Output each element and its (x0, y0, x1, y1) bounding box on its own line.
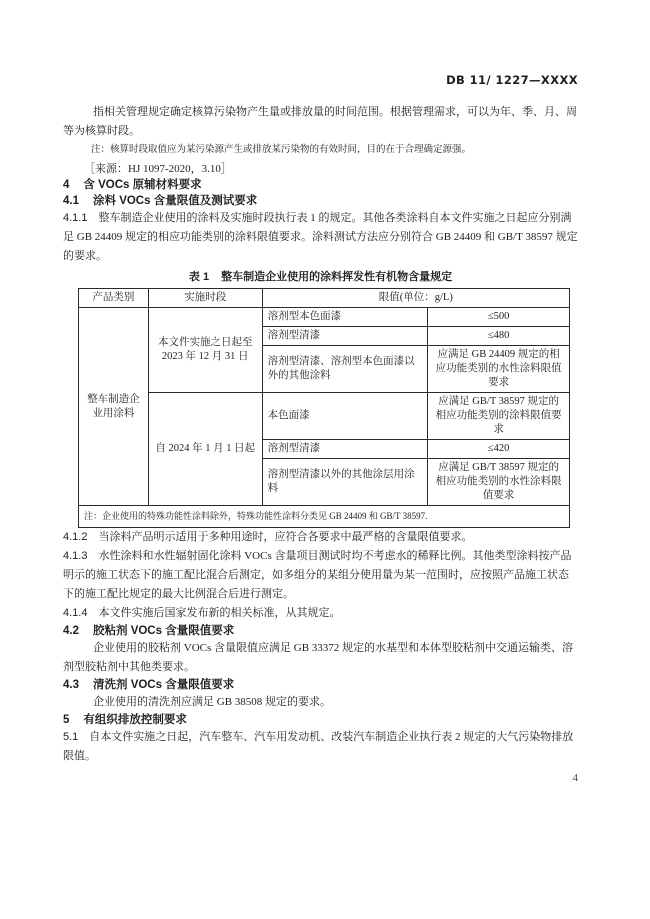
note-accounting-period: 注：核算时段取值应为某污染源产生或排放某污染物的有效时间，目的在于合理确定源强。 (91, 143, 578, 157)
heading-section-5: 5有组织排放控制要求 (63, 712, 578, 728)
table1-type-cell: 溶剂型清漆 (262, 327, 428, 346)
section-5-title: 有组织排放控制要求 (83, 714, 187, 726)
table1-limit-cell: ≤500 (428, 308, 570, 327)
table1-period-2-cell: 自 2024 年 1 月 1 日起 (148, 393, 262, 506)
table1-limit-cell: 应满足 GB 24409 规定的相应功能类别的水性涂料限值要求 (428, 346, 570, 393)
paragraph-cleaning-agent: 企业使用的清洗剂应满足 GB 38508 规定的要求。 (63, 693, 578, 712)
section-4-2-title: 胶粘剂 VOCs 含量限值要求 (93, 625, 234, 637)
clause-4-1-3-text: 水性涂料和水性辐射固化涂料 VOCs 含量项目测试时均不考虑水的稀释比例。其他类… (63, 550, 571, 600)
page-number: 4 (63, 771, 578, 785)
table1-caption: 表 1整车制造企业使用的涂料挥发性有机物含量规定 (63, 269, 578, 285)
table1-limit-cell: 应满足 GB/T 38597 规定的相应功能类别的水性涂料限值要求 (428, 459, 570, 506)
table1-header-row: 产品类别 实施时段 限值(单位：g/L) (79, 289, 570, 308)
table1-product-category-cell: 整车制造企业用涂料 (79, 308, 149, 506)
table1-header-period: 实施时段 (148, 289, 262, 308)
section-4-title: 含 VOCs 原辅材料要求 (83, 179, 201, 191)
clause-4-1-2-text: 当涂料产品明示适用于多种用途时，应符合各要求中最严格的含量限值要求。 (98, 531, 472, 543)
table1-caption-title: 整车制造企业使用的涂料挥发性有机物含量规定 (221, 271, 452, 283)
clause-4-1-1: 4.1.1整车制造企业使用的涂料及实施时段执行表 1 的规定。其他各类涂料自本文… (63, 209, 578, 266)
table-row: 自 2024 年 1 月 1 日起 本色面漆 应满足 GB/T 38597 规定… (79, 393, 570, 440)
doc-code: DB 11/ 1227—XXXX (63, 73, 578, 87)
clause-4-1-4-text: 本文件实施后国家发布新的相关标准，从其规定。 (98, 607, 340, 619)
clause-4-1-3-number: 4.1.3 (63, 550, 87, 562)
clause-4-1-4: 4.1.4本文件实施后国家发布新的相关标准，从其规定。 (63, 604, 578, 623)
table1-caption-label: 表 1 (189, 271, 209, 283)
section-4-1-number: 4.1 (63, 195, 79, 207)
clause-4-1-3: 4.1.3水性涂料和水性辐射固化涂料 VOCs 含量项目测试时均不考虑水的稀释比… (63, 547, 578, 604)
clause-5-1-number: 5.1 (63, 731, 78, 743)
table1-header-limit: 限值(单位：g/L) (262, 289, 569, 308)
paragraph-adhesive: 企业使用的胶粘剂 VOCs 含量限值应满足 GB 33372 规定的水基型和本体… (63, 639, 578, 677)
table1-type-cell: 溶剂型本色面漆 (262, 308, 428, 327)
section-4-3-title: 清洗剂 VOCs 含量限值要求 (93, 679, 234, 691)
clause-4-1-1-number: 4.1.1 (63, 212, 87, 224)
table1-type-cell: 溶剂型清漆 (262, 440, 428, 459)
heading-section-4-2: 4.2胶粘剂 VOCs 含量限值要求 (63, 623, 578, 639)
table1-note-row: 注：企业使用的特殊功能性涂料除外，特殊功能性涂料分类见 GB 24409 和 G… (79, 506, 570, 528)
table1: 产品类别 实施时段 限值(单位：g/L) 整车制造企业用涂料 本文件实施之日起至… (78, 288, 570, 528)
table1-note: 注：企业使用的特殊功能性涂料除外，特殊功能性涂料分类见 GB 24409 和 G… (79, 506, 570, 528)
table1-type-cell: 溶剂型清漆、溶剂型本色面漆以外的其他涂料 (262, 346, 428, 393)
heading-section-4-3: 4.3清洗剂 VOCs 含量限值要求 (63, 677, 578, 693)
heading-section-4-1: 4.1涂料 VOCs 含量限值及测试要求 (63, 193, 578, 209)
clause-4-1-2: 4.1.2当涂料产品明示适用于多种用途时，应符合各要求中最严格的含量限值要求。 (63, 528, 578, 547)
table1-type-cell: 本色面漆 (262, 393, 428, 440)
table1-limit-cell: ≤420 (428, 440, 570, 459)
table1-limit-cell: ≤480 (428, 327, 570, 346)
document-page: DB 11/ 1227—XXXX 指相关管理规定确定核算污染物产生量或排放量的时… (0, 0, 650, 919)
table1-limit-cell: 应满足 GB/T 38597 规定的相应功能类别的涂料限值要求 (428, 393, 570, 440)
clause-4-1-2-number: 4.1.2 (63, 531, 87, 543)
clause-4-1-4-number: 4.1.4 (63, 607, 87, 619)
source-reference: ［来源：HJ 1097-2020，3.10］ (84, 161, 578, 177)
clause-5-1: 5.1自本文件实施之日起，汽车整车、汽车用发动机、改装汽车制造企业执行表 2 规… (63, 728, 578, 766)
clause-4-1-1-text: 整车制造企业使用的涂料及实施时段执行表 1 的规定。其他各类涂料自本文件实施之日… (63, 212, 578, 262)
section-5-number: 5 (63, 714, 69, 726)
paragraph-accounting-period: 指相关管理规定确定核算污染物产生量或排放量的时间范围。根据管理需求，可以为年、季… (63, 103, 578, 141)
heading-section-4: 4含 VOCs 原辅材料要求 (63, 177, 578, 193)
section-4-2-number: 4.2 (63, 625, 79, 637)
clause-5-1-text: 自本文件实施之日起，汽车整车、汽车用发动机、改装汽车制造企业执行表 2 规定的大… (63, 731, 573, 762)
table-row: 整车制造企业用涂料 本文件实施之日起至 2023 年 12 月 31 日 溶剂型… (79, 308, 570, 327)
table1-header-product: 产品类别 (79, 289, 149, 308)
table1-type-cell: 溶剂型清漆以外的其他涂层用涂料 (262, 459, 428, 506)
table1-period-1-cell: 本文件实施之日起至 2023 年 12 月 31 日 (148, 308, 262, 393)
section-4-number: 4 (63, 179, 69, 191)
section-4-3-number: 4.3 (63, 679, 79, 691)
section-4-1-title: 涂料 VOCs 含量限值及测试要求 (93, 195, 257, 207)
